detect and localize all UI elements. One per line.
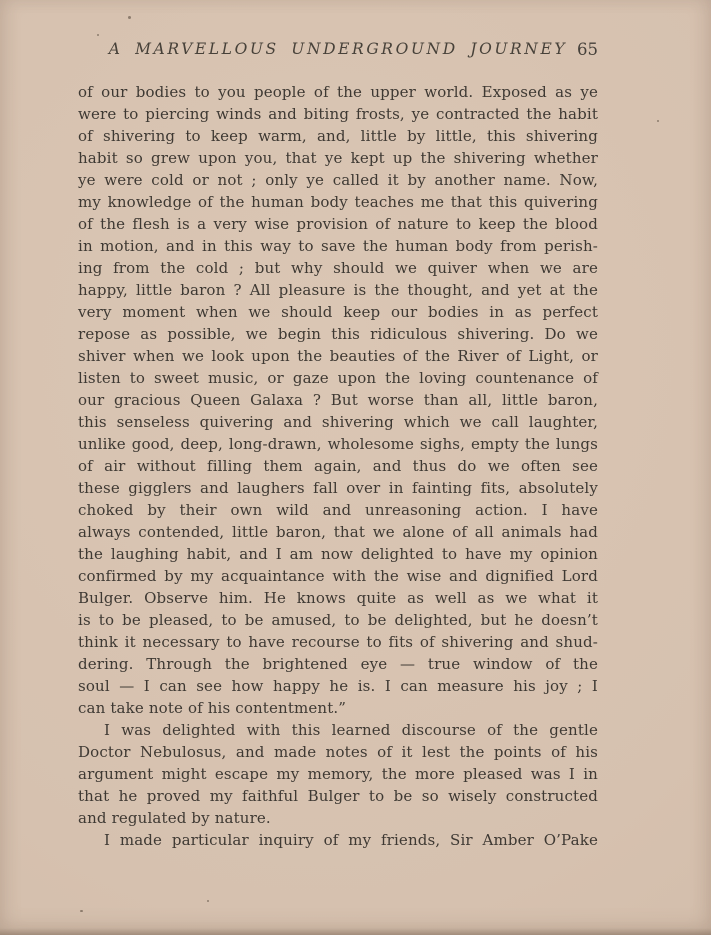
scan-speck: [97, 34, 99, 36]
text-line: of shivering to keep warm, and, little b…: [78, 125, 598, 147]
text-line: argument might escape my memory, the mor…: [78, 763, 598, 785]
text-line: of our bodies to you people of the upper…: [78, 81, 598, 103]
text-line: Doctor Nebulosus, and made notes of it l…: [78, 741, 598, 763]
text-line: this senseless quivering and shivering w…: [78, 411, 598, 433]
text-line: and regulated by nature.: [78, 807, 598, 829]
text-line: can take note of his contentment.”: [78, 697, 598, 719]
page-number: 65: [577, 40, 598, 59]
text-line: choked by their own wild and unreasoning…: [78, 499, 598, 521]
text-line: soul — I can see how happy he is. I can …: [78, 675, 598, 697]
text-line: my knowledge of the human body teaches m…: [78, 191, 598, 213]
text-line: I was delighted with this learned discou…: [78, 719, 598, 741]
scan-speck: [207, 900, 209, 902]
text-line: our gracious Queen Galaxa ? But worse th…: [78, 389, 598, 411]
text-line: in motion, and in this way to save the h…: [78, 235, 598, 257]
scan-speck: [80, 910, 83, 912]
text-line: shiver when we look upon the beauties of…: [78, 345, 598, 367]
text-line: is to be pleased, to be amused, to be de…: [78, 609, 598, 631]
page-body: of our bodies to you people of the upper…: [78, 81, 598, 851]
text-line: these gigglers and laughers fall over in…: [78, 477, 598, 499]
text-line: very moment when we should keep our bodi…: [78, 301, 598, 323]
book-page: A MARVELLOUS UNDERGROUND JOURNEY 65 of o…: [0, 0, 711, 935]
text-line: listen to sweet music, or gaze upon the …: [78, 367, 598, 389]
text-line: dering. Through the brightened eye — tru…: [78, 653, 598, 675]
text-line: of air without filling them again, and t…: [78, 455, 598, 477]
text-line: think it necessary to have recourse to f…: [78, 631, 598, 653]
text-line: I made particular inquiry of my friends,…: [78, 829, 598, 851]
text-line: repose as possible, we begin this ridicu…: [78, 323, 598, 345]
text-line: habit so grew upon you, that ye kept up …: [78, 147, 598, 169]
text-line: that he proved my faithful Bulger to be …: [78, 785, 598, 807]
running-title: A MARVELLOUS UNDERGROUND JOURNEY: [78, 40, 598, 58]
scan-speck: [657, 120, 659, 122]
text-line: of the flesh is a very wise provision of…: [78, 213, 598, 235]
text-line: ing from the cold ; but why should we qu…: [78, 257, 598, 279]
text-line: the laughing habit, and I am now delight…: [78, 543, 598, 565]
text-line: ye were cold or not ; only ye called it …: [78, 169, 598, 191]
page-header: A MARVELLOUS UNDERGROUND JOURNEY 65: [78, 40, 598, 64]
scan-speck: [128, 16, 131, 19]
text-line: were to piercing winds and biting frosts…: [78, 103, 598, 125]
text-line: unlike good, deep, long-drawn, wholesome…: [78, 433, 598, 455]
text-line: Bulger. Observe him. He knows quite as w…: [78, 587, 598, 609]
text-line: always contended, little baron, that we …: [78, 521, 598, 543]
text-line: confirmed by my acquaintance with the wi…: [78, 565, 598, 587]
text-line: happy, little baron ? All pleasure is th…: [78, 279, 598, 301]
